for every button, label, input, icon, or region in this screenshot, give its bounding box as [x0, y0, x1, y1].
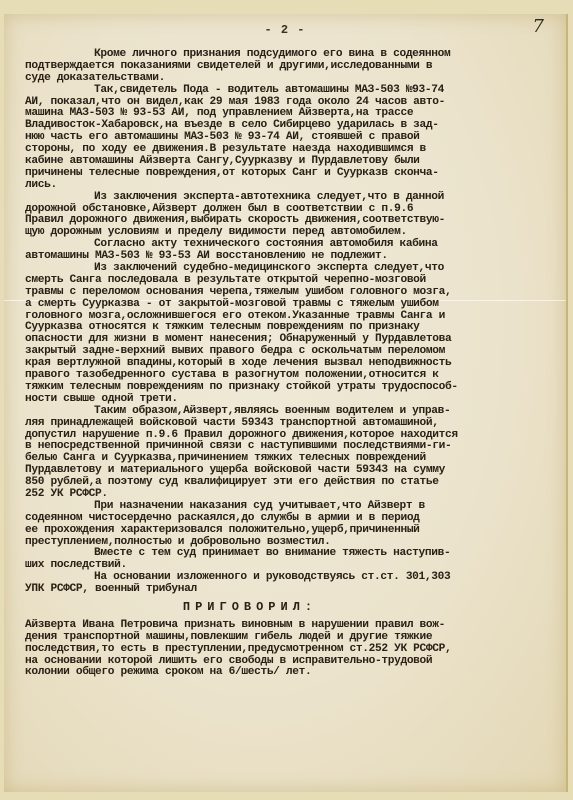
text-line: ности свыше одной трети. [25, 394, 505, 406]
text-line: дения транспортной машины,повлекшим гибе… [25, 632, 505, 644]
text-line: последствия,то есть в преступлении,преду… [25, 644, 505, 656]
text-line: лись. [25, 180, 505, 192]
text-line: содеянном чистосердечно раскаялся,до слу… [25, 513, 505, 525]
paragraph: Вместе с тем суд принимает во внимание т… [25, 548, 505, 572]
text-line: колонии общего режима сроком на 6/шесть/… [25, 667, 505, 679]
text-line: суде доказательствами. [25, 73, 505, 85]
typewritten-page: - 2 - 7 Кроме личного признания подсудим… [4, 14, 568, 792]
text-line: а смерть Суурказва - от закрытой-мозгово… [25, 299, 505, 311]
text-line: ляя принадлежащей войсковой части 59343 … [25, 418, 505, 430]
text-line: ее прохождения характеризовался положите… [25, 525, 505, 537]
page-number: - 2 - [4, 23, 566, 37]
paragraph: При назначении наказания суд учитывает,ч… [25, 501, 505, 549]
text-line: травмы с переломом основания черепа,тяже… [25, 287, 505, 299]
verdict-paragraph: Айзверта Ивана Петровича признать виновн… [25, 620, 505, 679]
paragraph: Согласно акту технического состояния авт… [25, 239, 505, 263]
paragraph: Из заключений судебно-медицинского экспе… [25, 263, 505, 406]
paragraph: Таким образом,Айзверт,являясь военным во… [25, 406, 505, 501]
paragraph: Кроме личного признания подсудимого его … [25, 49, 505, 85]
verdict-heading: ПРИГОВОРИЛ: [0, 596, 505, 620]
text-line: Так,свидетель Пода - водитель автомашины… [25, 85, 505, 97]
text-line: При назначении наказания суд учитывает,ч… [25, 501, 505, 513]
handwritten-folio-number: 7 [533, 16, 544, 37]
text-line: Таким образом,Айзверт,являясь военным во… [25, 406, 505, 418]
scanned-document: - 2 - 7 Кроме личного признания подсудим… [0, 0, 573, 800]
paragraph: Так,свидетель Пода - водитель автомашины… [25, 85, 505, 192]
paragraph: Из заключения эксперта-автотехника следу… [25, 192, 505, 240]
text-line: причинены телесные повреждения,от которы… [25, 168, 505, 180]
text-line: подтверждается показаниями свидетелей и … [25, 61, 505, 73]
paragraph: На основании изложенного и руководствуяс… [25, 572, 505, 596]
text-line: Айзверта Ивана Петровича признать виновн… [25, 620, 505, 632]
text-line: УПК РСФСР, военный трибунал [25, 584, 505, 596]
document-body: Кроме личного признания подсудимого его … [25, 49, 505, 679]
text-line: Из заключения эксперта-автотехника следу… [25, 192, 505, 204]
